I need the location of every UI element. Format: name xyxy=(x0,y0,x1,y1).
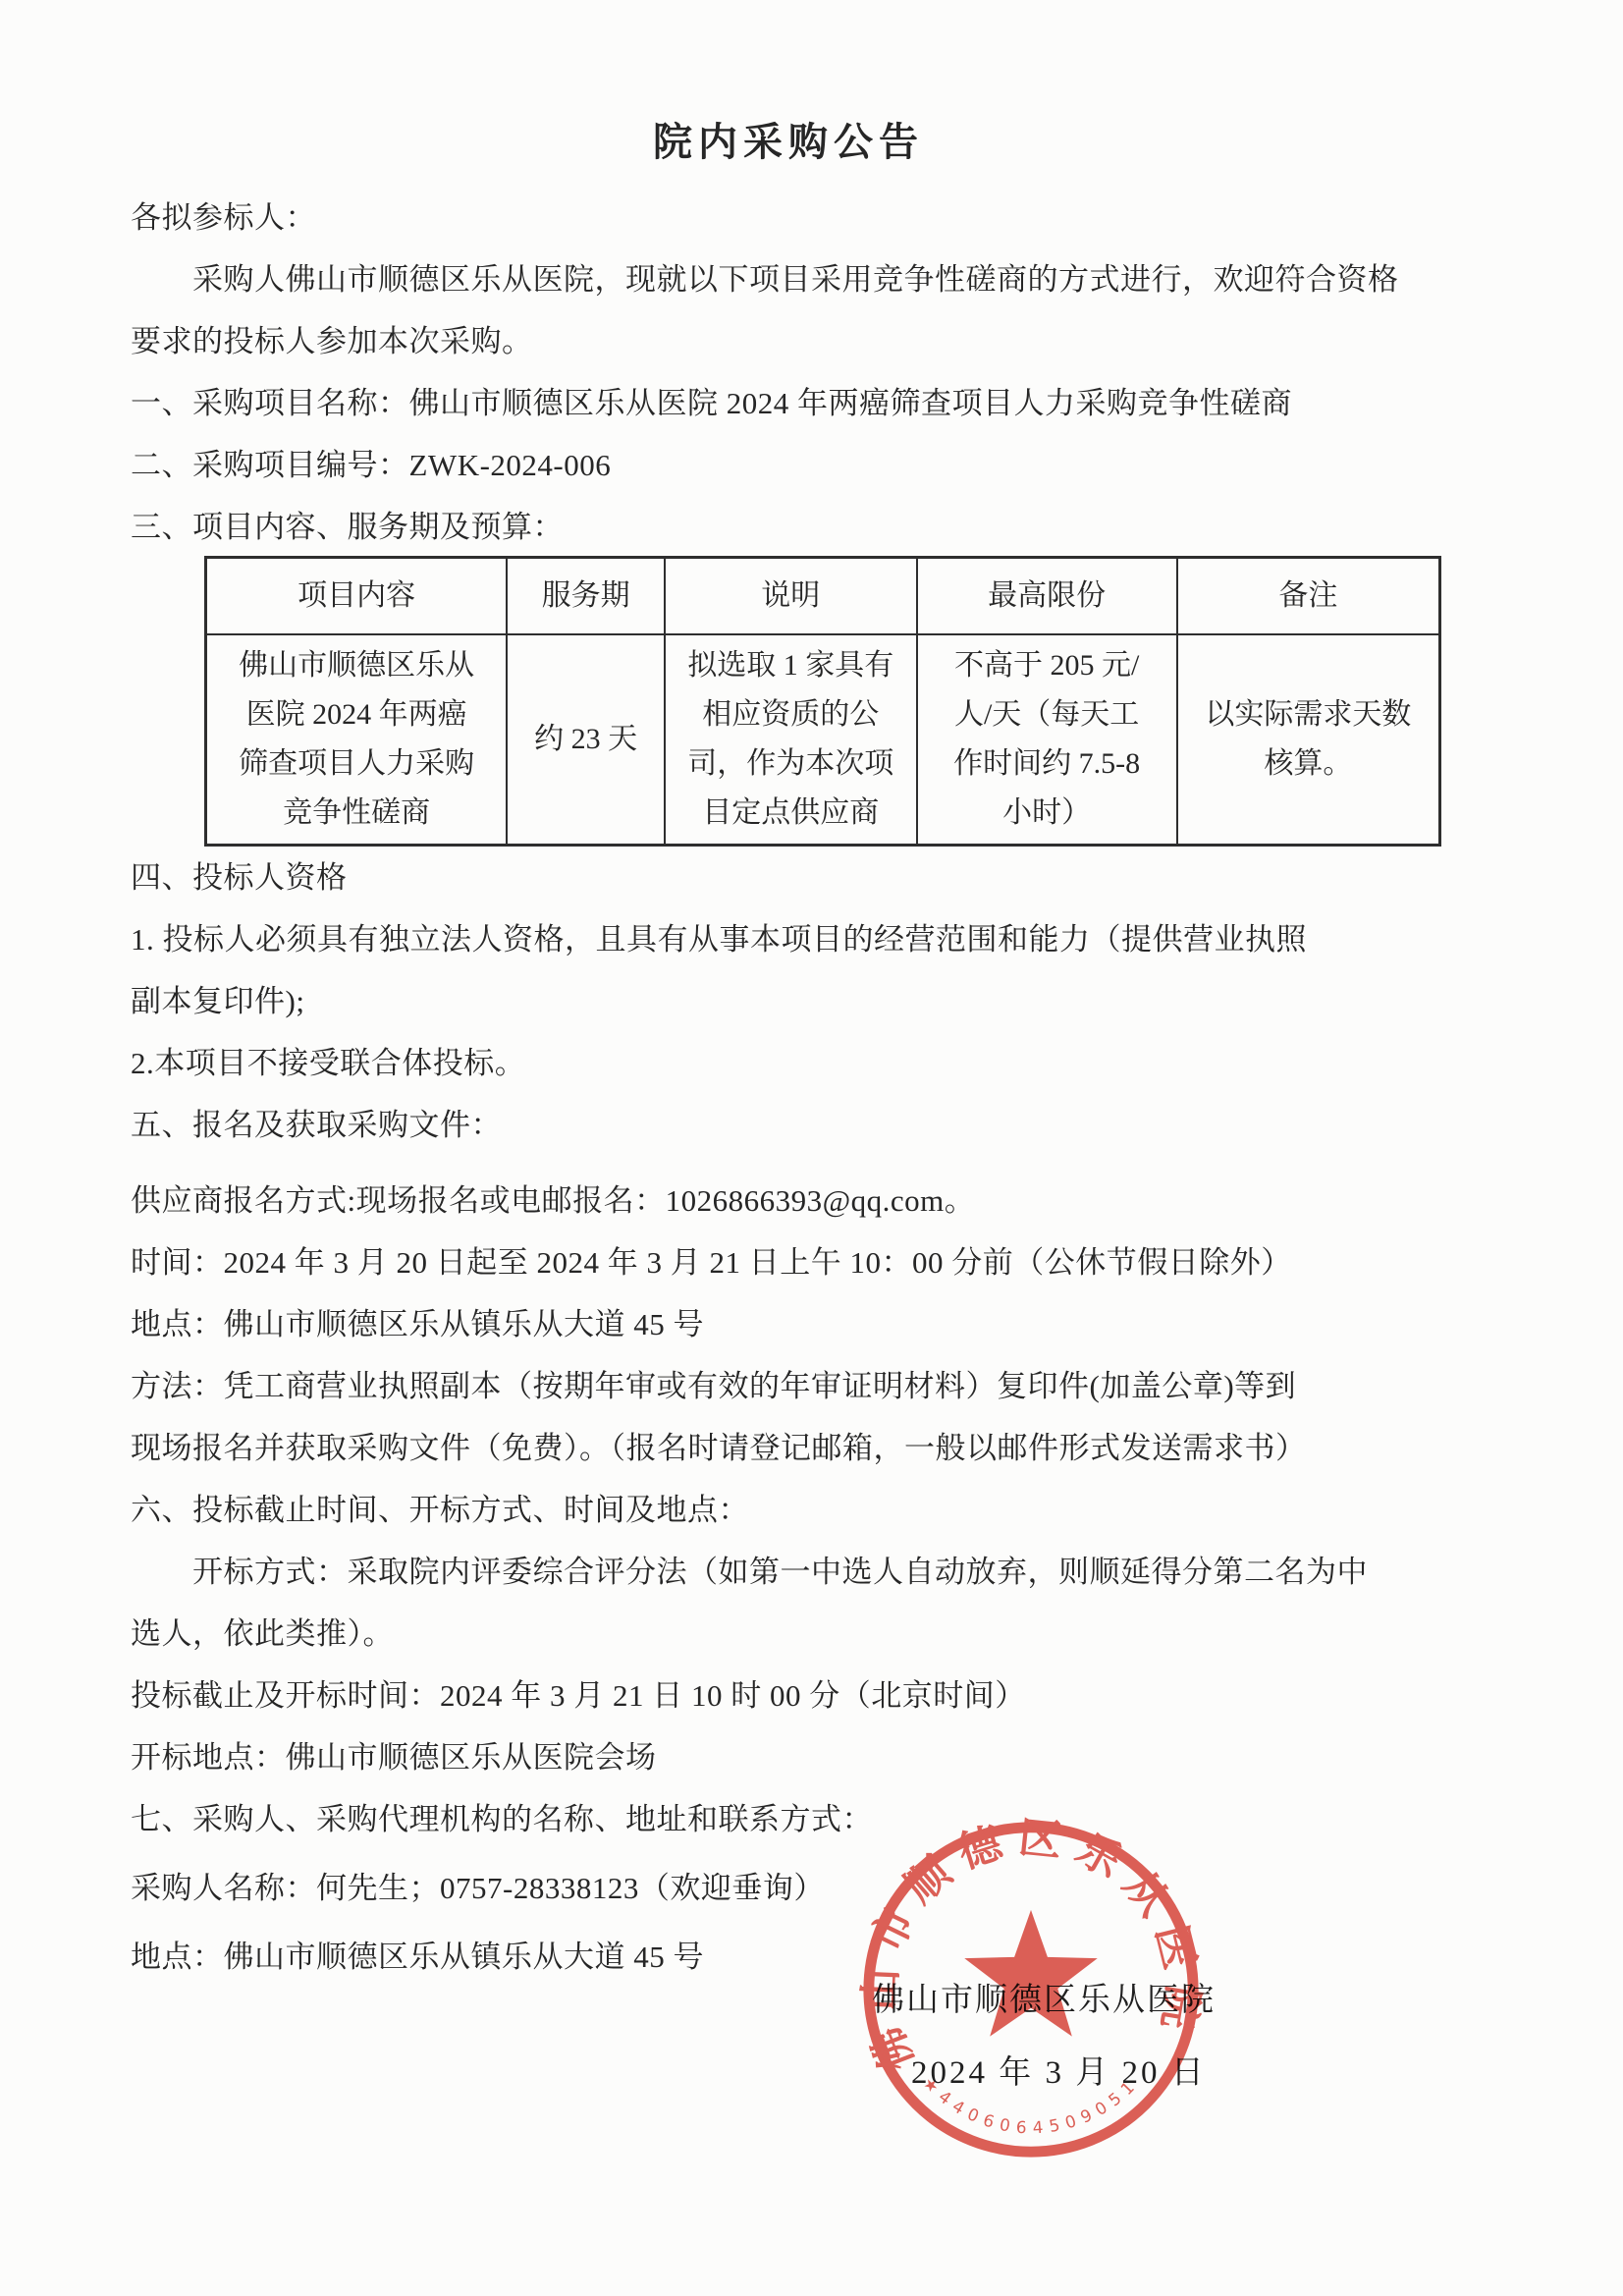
header-service-period: 服务期 xyxy=(507,558,665,635)
registration-method: 供应商报名方式:现场报名或电邮报名：1026866393@qq.com。 xyxy=(131,1170,1505,1231)
registration-procedure-line2: 现场报名并获取采购文件（免费）。（报名时请登记邮箱，一般以邮件形式发送需求书） xyxy=(131,1417,1505,1479)
section2-heading: 二、采购项目编号：ZWK-2024-006 xyxy=(131,434,1505,496)
section4-heading: 四、投标人资格 xyxy=(131,847,1505,908)
table-header-row: 项目内容 服务期 说明 最高限份 备注 xyxy=(206,558,1440,635)
cell-description: 拟选取 1 家具有 相应资质的公 司，作为本次项 目定点供应商 xyxy=(665,634,916,846)
intro-line2: 要求的投标人参加本次采购。 xyxy=(131,310,1505,372)
table-row: 佛山市顺德区乐从 医院 2024 年两癌 筛查项目人力采购 竞争性磋商 约 23… xyxy=(206,634,1440,846)
header-price-limit: 最高限份 xyxy=(917,558,1177,635)
bid-opening-method-line1: 开标方式：采取院内评委综合评分法（如第一中选人自动放弃，则顺延得分第二名为中 xyxy=(131,1541,1505,1603)
registration-procedure-line1: 方法：凭工商营业执照副本（按期年审或有效的年审证明材料）复印件(加盖公章)等到 xyxy=(131,1355,1505,1417)
stamp-star-icon xyxy=(964,1910,1097,2037)
salutation: 各拟参标人： xyxy=(131,187,1505,248)
purchaser-address: 地点：佛山市顺德区乐从镇乐从大道 45 号 xyxy=(131,1926,1505,1988)
page-title: 院内采购公告 xyxy=(131,120,1446,165)
purchaser-contact: 采购人名称：何先生；0757-28338123（欢迎垂询） xyxy=(131,1857,1505,1919)
project-budget-table: 项目内容 服务期 说明 最高限份 备注 佛山市顺德区乐从 医院 2024 年两癌… xyxy=(204,556,1441,847)
bid-opening-venue: 开标地点：佛山市顺德区乐从医院会场 xyxy=(131,1726,1505,1788)
section7-heading: 七、采购人、采购代理机构的名称、地址和联系方式： xyxy=(131,1788,1505,1850)
cell-remark: 以实际需求天数 核算。 xyxy=(1177,634,1440,846)
qualification-item2: 2.本项目不接受联合体投标。 xyxy=(131,1032,1505,1094)
cell-project-content: 佛山市顺德区乐从 医院 2024 年两癌 筛查项目人力采购 竞争性磋商 xyxy=(206,634,508,846)
section1-heading: 一、采购项目名称：佛山市顺德区乐从医院 2024 年两癌筛查项目人力采购竞争性磋… xyxy=(131,372,1505,434)
intro-line1: 采购人佛山市顺德区乐从医院，现就以下项目采用竞争性磋商的方式进行，欢迎符合资格 xyxy=(131,248,1505,310)
cell-price-limit: 不高于 205 元/ 人/天（每天工 作时间约 7.5-8 小时） xyxy=(917,634,1177,846)
section3-heading: 三、项目内容、服务期及预算： xyxy=(131,496,1505,558)
section6-heading: 六、投标截止时间、开标方式、时间及地点： xyxy=(131,1479,1505,1541)
section5-heading: 五、报名及获取采购文件： xyxy=(131,1094,1505,1156)
header-project-content: 项目内容 xyxy=(206,558,508,635)
header-remark: 备注 xyxy=(1177,558,1440,635)
header-description: 说明 xyxy=(665,558,916,635)
qualification-item1-line2: 副本复印件); xyxy=(131,970,1505,1032)
bid-opening-method-line2: 选人，依此类推）。 xyxy=(131,1603,1505,1665)
bid-deadline: 投标截止及开标时间：2024 年 3 月 21 日 10 时 00 分（北京时间… xyxy=(131,1665,1505,1726)
qualification-item1-line1: 1. 投标人必须具有独立法人资格，且具有从事本项目的经营范围和能力（提供营业执照 xyxy=(131,908,1505,970)
registration-time: 时间：2024 年 3 月 20 日起至 2024 年 3 月 21 日上午 1… xyxy=(131,1231,1505,1293)
cell-service-period: 约 23 天 xyxy=(507,634,665,846)
registration-location: 地点：佛山市顺德区乐从镇乐从大道 45 号 xyxy=(131,1293,1505,1355)
procurement-notice-page: 院内采购公告 各拟参标人： 采购人佛山市顺德区乐从医院，现就以下项目采用竞争性磋… xyxy=(0,0,1623,2296)
official-seal-stamp: 佛山市顺德区乐从医院 ★4406064509051 xyxy=(856,1815,1206,2164)
